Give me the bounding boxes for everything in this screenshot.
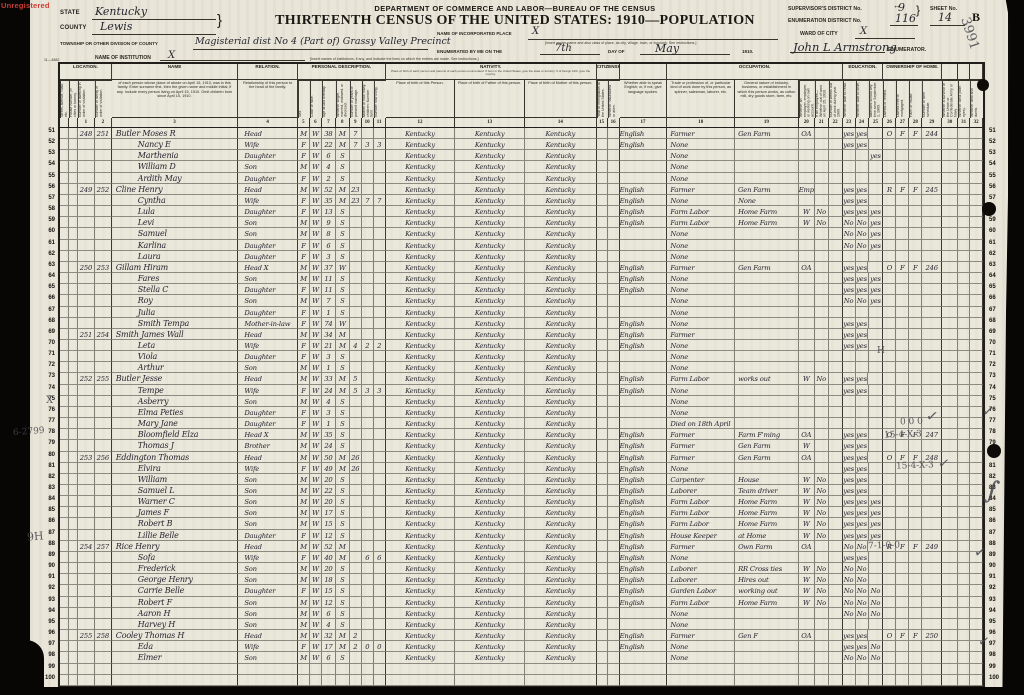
cell-hn: [69, 307, 78, 318]
cell-cb: [362, 563, 374, 574]
cell-sex: M: [298, 608, 310, 619]
cell-pbm: Kentucky: [525, 184, 597, 195]
cell-wr: yes: [856, 340, 869, 351]
header-group-occupation: OCCUPATION.: [667, 64, 842, 80]
cell-ind: Gen Farm: [735, 262, 799, 273]
cell-fam: [95, 563, 112, 574]
cell-st: [60, 552, 69, 563]
cell-fam: [95, 217, 112, 228]
cell-age: 35: [322, 429, 336, 440]
cell-yrs: [350, 474, 362, 485]
cell-pob: Kentucky: [386, 340, 456, 351]
cell-df: [970, 318, 983, 329]
column-number-ind: 19: [735, 118, 799, 128]
column-header-imm: Year of immigration to the United States…: [597, 80, 608, 118]
cell-sex: F: [298, 206, 310, 217]
cell-cb: [362, 619, 374, 630]
cell-hn: [69, 619, 78, 630]
cell-cb: [362, 485, 374, 496]
cell-own: [883, 318, 896, 329]
cell-bl: [958, 318, 970, 329]
cell-imm: [597, 228, 608, 239]
cell-fh: [909, 518, 922, 529]
cell-wr: yes: [856, 440, 869, 451]
cell-col: W: [310, 318, 322, 329]
cell-hn: [69, 206, 78, 217]
cell-name: Lillie Belle: [112, 530, 239, 541]
cell-cl: [374, 396, 386, 407]
cell-fh: F: [909, 128, 922, 139]
cell-fam: [95, 652, 112, 663]
cell-occ: Farmer: [667, 452, 735, 463]
cell-rd: No: [843, 597, 856, 608]
cell-ind: [735, 161, 799, 172]
cell-fh: [909, 273, 922, 284]
cell-own: [883, 240, 896, 251]
cell-ind: Home Farm: [735, 217, 799, 228]
cell-ow: [815, 429, 829, 440]
cell-pbf: Kentucky: [455, 307, 525, 318]
cell-wr: No: [856, 574, 869, 585]
cell-own: [883, 329, 896, 340]
cell-sch: [869, 195, 884, 206]
cell-ind: Farm F'ming: [735, 429, 799, 440]
cell-sex: M: [298, 217, 310, 228]
column-number-pbf: 13: [455, 118, 525, 128]
cell-df: [970, 608, 983, 619]
cell-age: 20: [322, 496, 336, 507]
cell-name: Carrie Belle: [112, 585, 239, 596]
cell-age: 74: [322, 318, 336, 329]
cell-rd: yes: [843, 139, 856, 150]
cell-cls: [799, 407, 815, 418]
cell-yrs: [350, 675, 362, 686]
cell-col: W: [310, 195, 322, 206]
cell-imm: [597, 507, 608, 518]
cell-df: [970, 173, 983, 184]
cell-cl: [374, 652, 386, 663]
ward-rule: [855, 38, 915, 39]
cell-yrs: [350, 362, 362, 373]
cell-rd: [843, 418, 856, 429]
cell-bl: [958, 474, 970, 485]
cell-pob: Kentucky: [386, 139, 456, 150]
cell-wk: [829, 362, 843, 373]
cell-imm: [597, 563, 608, 574]
cell-fm: [896, 284, 909, 295]
cell-fh: [909, 217, 922, 228]
cell-ind: Gen Farm: [735, 452, 799, 463]
column-number-age: 7: [322, 118, 336, 128]
cell-sex: M: [298, 597, 310, 608]
cell-wk: [829, 675, 843, 686]
cell-imm: [597, 206, 608, 217]
cell-col: W: [310, 329, 322, 340]
cell-rel: Wife: [238, 552, 298, 563]
cell-sex: M: [298, 262, 310, 273]
cell-st: [60, 240, 69, 251]
cell-ow: No: [815, 563, 829, 574]
cell-own: [883, 295, 896, 306]
cell-sch: [869, 307, 884, 318]
census-row: ViolaDaughterFW3SKentuckyKentuckyKentuck…: [60, 351, 983, 362]
cell-cls: [799, 318, 815, 329]
cell-bl: [958, 173, 970, 184]
cell-pob: Kentucky: [386, 351, 456, 362]
cell-pbm: Kentucky: [525, 251, 597, 262]
cell-dw: [78, 652, 95, 663]
film-corner-bottom-left: [0, 640, 44, 695]
cell-pob: Kentucky: [386, 407, 456, 418]
cell-pbf: Kentucky: [455, 184, 525, 195]
cell-rel: Head X: [238, 262, 298, 273]
cell-name: Elma Peties: [112, 407, 239, 418]
cell-sch: [869, 139, 884, 150]
cell-ind: [735, 362, 799, 373]
cell-st: [60, 485, 69, 496]
cell-fh: [909, 396, 922, 407]
cell-pbf: [455, 664, 525, 675]
cell-sch: [868, 128, 883, 139]
line-number: 56: [989, 182, 1005, 193]
cell-cls: W: [799, 496, 815, 507]
cell-vet: [942, 295, 958, 306]
header-group-ownership-of-home: OWNERSHIP OF HOME.: [883, 64, 942, 80]
cell-fs: [922, 139, 942, 150]
cell-st: [60, 228, 69, 239]
cell-fm: [896, 351, 909, 362]
cell-cls: [799, 228, 815, 239]
column-number-eng: 17: [620, 118, 668, 128]
cell-df: [970, 351, 983, 362]
institution-rule: [160, 60, 305, 61]
column-number-yrs: 9: [350, 118, 362, 128]
cell-rd: yes: [843, 318, 856, 329]
cell-mar: [336, 675, 350, 686]
cell-fs: [922, 362, 942, 373]
cell-wk: [829, 407, 843, 418]
cell-wk: [829, 563, 843, 574]
cell-fs: 245: [922, 184, 942, 195]
cell-col: W: [310, 485, 322, 496]
cell-st: [60, 407, 69, 418]
column-number-ow: 21: [815, 118, 829, 128]
cell-occ: Farmer: [667, 630, 735, 641]
cell-cl: [374, 307, 386, 318]
enumerated-month: May: [655, 42, 679, 55]
cell-pbm: Kentucky: [525, 373, 597, 384]
cell-yrs: 26: [350, 452, 362, 463]
cell-dw: [78, 597, 95, 608]
census-row: 250253Gillam HiramHead XMW37WKentuckyKen…: [60, 262, 983, 273]
cell-hn: [69, 396, 78, 407]
line-number: 55: [989, 171, 1005, 182]
cell-sex: M: [298, 630, 310, 641]
column-number-own: 26: [883, 118, 896, 128]
cell-rd: yes: [843, 206, 856, 217]
cell-wr: yes: [856, 128, 869, 139]
cell-vet: [942, 574, 958, 585]
cell-fm: [896, 318, 909, 329]
cell-ind: working out: [735, 585, 799, 596]
cell-cl: [374, 206, 386, 217]
cell-col: W: [310, 597, 322, 608]
column-number-fam: 2: [95, 118, 112, 128]
cell-cb: 7: [362, 195, 374, 206]
cell-ow: [815, 552, 829, 563]
cell-wr: No: [856, 240, 869, 251]
cell-hn: [69, 507, 78, 518]
cell-sch: [869, 429, 884, 440]
cell-pob: Kentucky: [386, 228, 456, 239]
cell-rd: yes: [843, 507, 856, 518]
cell-pob: Kentucky: [386, 630, 456, 641]
cell-age: 6: [322, 652, 336, 663]
cell-eng: English: [620, 206, 668, 217]
cell-nat: [608, 139, 620, 150]
cell-fs: [922, 440, 942, 451]
cell-ind: [735, 619, 799, 630]
cell-ow: [815, 608, 829, 619]
column-header-cb: Mother of how many children: Number born…: [362, 80, 374, 118]
cell-dw: [78, 385, 95, 396]
cell-pbm: Kentucky: [525, 407, 597, 418]
census-row: LeviSonMW9SKentuckyKentuckyKentuckyEngli…: [60, 217, 983, 228]
cell-age: 22: [322, 139, 336, 150]
cell-fam: [95, 552, 112, 563]
cell-fam: [95, 295, 112, 306]
cell-rel: Head: [238, 630, 298, 641]
cell-bl: [958, 161, 970, 172]
cell-fam: [95, 608, 112, 619]
cell-imm: [597, 362, 608, 373]
cell-sch: [869, 396, 884, 407]
cell-cl: [374, 630, 386, 641]
cell-ind: Home Farm: [735, 518, 799, 529]
cell-cb: [362, 262, 374, 273]
cell-nat: [608, 228, 620, 239]
cell-cl: [374, 295, 386, 306]
cell-wk: [829, 351, 843, 362]
cell-pbf: Kentucky: [455, 574, 525, 585]
column-header-own: Owned or rented.: [883, 80, 896, 118]
cell-occ: [667, 675, 735, 686]
cell-occ: Farm Labor: [667, 373, 735, 384]
cell-pbf: Kentucky: [455, 362, 525, 373]
header-group-education: EDUCATION.: [843, 64, 884, 80]
cell-bl: [958, 329, 970, 340]
cell-sex: F: [298, 284, 310, 295]
cell-pob: Kentucky: [386, 150, 456, 161]
cell-rel: Head: [238, 329, 298, 340]
cell-ow: No: [815, 507, 829, 518]
cell-mar: S: [336, 496, 350, 507]
cell-name: Robert F: [112, 597, 239, 608]
pencil-note: 7-1-0-0: [868, 540, 900, 551]
cell-own: [883, 440, 896, 451]
cell-pbm: Kentucky: [525, 463, 597, 474]
cell-pbf: Kentucky: [455, 262, 525, 273]
column-number-col: 6: [310, 118, 322, 128]
column-header-fm: Owned free or mortgaged.: [896, 80, 909, 118]
cell-nat: [608, 552, 620, 563]
census-row: RoySonMW7SKentuckyKentuckyKentuckyNoneNo…: [60, 295, 983, 306]
column-number-vet: 30: [942, 118, 958, 128]
cell-cl: [374, 418, 386, 429]
column-header-fs: Number of farm schedule.: [922, 80, 942, 118]
cell-ow: [815, 652, 829, 663]
cell-st: [60, 574, 69, 585]
cell-yrs: [350, 496, 362, 507]
cell-st: [60, 563, 69, 574]
cell-st: [60, 652, 69, 663]
cell-nat: [608, 385, 620, 396]
line-number: 76: [38, 405, 55, 416]
pencil-check: ✓: [977, 633, 991, 650]
cell-sch: [869, 552, 884, 563]
cell-hn: [69, 608, 78, 619]
cell-st: [60, 195, 69, 206]
cell-df: [970, 240, 983, 251]
cell-hn: [69, 440, 78, 451]
cell-eng: English: [620, 552, 668, 563]
cell-df: [970, 385, 983, 396]
cell-dw: [78, 675, 95, 686]
cell-pob: Kentucky: [386, 206, 456, 217]
cell-sex: M: [298, 485, 310, 496]
cell-dw: [78, 206, 95, 217]
incorporated-label: NAME OF INCORPORATED PLACE: [437, 31, 512, 36]
cell-ind: None: [735, 195, 799, 206]
cell-rd: No: [843, 240, 856, 251]
cell-pbm: Kentucky: [525, 139, 597, 150]
cell-age: 8: [322, 228, 336, 239]
cell-rd: yes: [843, 440, 856, 451]
cell-rel: Head: [238, 128, 298, 139]
header-group-blank: [942, 64, 958, 80]
cell-eng: English: [620, 429, 668, 440]
cell-col: W: [310, 262, 322, 273]
cell-fam: [95, 597, 112, 608]
cell-age: 33: [322, 373, 336, 384]
cell-fh: [909, 664, 922, 675]
cell-imm: [597, 407, 608, 418]
cell-own: [883, 284, 896, 295]
cell-name: Rice Henry: [112, 541, 238, 552]
census-row: Ardith MayDaughterFW2SKentuckyKentuckyKe…: [60, 173, 983, 184]
cell-ow: [815, 630, 829, 641]
cell-pbm: Kentucky: [525, 262, 597, 273]
cell-occ: None: [667, 228, 735, 239]
cell-mar: M: [336, 452, 350, 463]
cell-bl: [958, 340, 970, 351]
cell-imm: [597, 440, 608, 451]
cell-cl: [374, 452, 386, 463]
cell-col: W: [310, 440, 322, 451]
cell-pob: Kentucky: [386, 251, 456, 262]
cell-own: [883, 608, 896, 619]
cell-bl: [958, 463, 970, 474]
cell-cl: [374, 373, 386, 384]
column-number-wr: 24: [856, 118, 869, 128]
cell-pob: Kentucky: [386, 362, 456, 373]
cell-occ: Garden Labor: [667, 585, 735, 596]
cell-vet: [942, 396, 958, 407]
cell-pbm: Kentucky: [525, 474, 597, 485]
cell-vet: [942, 385, 958, 396]
cell-pob: Kentucky: [386, 440, 456, 451]
cell-nat: [608, 518, 620, 529]
cell-dw: [78, 619, 95, 630]
cell-name: George Henry: [112, 574, 239, 585]
cell-imm: [597, 307, 608, 318]
census-row: KarlinaDaughterFW6SKentuckyKentuckyKentu…: [60, 240, 983, 251]
cell-cls: [799, 139, 815, 150]
cell-bl: [958, 128, 970, 139]
cell-wr: No: [856, 608, 869, 619]
cell-age: 1: [322, 362, 336, 373]
line-number: 55: [38, 171, 55, 182]
cell-fs: [922, 396, 942, 407]
cell-eng: English: [620, 373, 668, 384]
cell-wr: yes: [856, 518, 869, 529]
cell-fm: [896, 362, 909, 373]
cell-cls: [799, 552, 815, 563]
cell-yrs: [350, 585, 362, 596]
cell-hn: [69, 641, 78, 652]
cell-col: W: [310, 630, 322, 641]
cell-pbm: Kentucky: [525, 585, 597, 596]
cell-df: [970, 530, 983, 541]
cell-rel: Head X: [238, 429, 298, 440]
cell-vet: [942, 507, 958, 518]
cell-fh: [909, 373, 922, 384]
cell-nat: [608, 273, 620, 284]
cell-st: [60, 273, 69, 284]
cell-occ: Farm Labor: [667, 206, 735, 217]
cell-occ: Farmer: [667, 541, 735, 552]
cell-eng: [620, 295, 668, 306]
cell-col: W: [310, 541, 322, 552]
cell-col: W: [310, 474, 322, 485]
cell-mar: S: [336, 251, 350, 262]
column-header-hn: House number (in cities or towns).: [69, 80, 78, 118]
cell-fs: [922, 597, 942, 608]
cell-occ: None: [667, 318, 735, 329]
line-number: 60: [38, 226, 55, 237]
cell-wk: [829, 452, 843, 463]
cell-cb: [362, 652, 374, 663]
cell-ow: No: [815, 474, 829, 485]
cell-col: W: [310, 362, 322, 373]
cell-rd: yes: [843, 474, 856, 485]
cell-fh: [909, 240, 922, 251]
cell-imm: [597, 173, 608, 184]
cell-dw: [78, 552, 95, 563]
cell-wk: [829, 284, 843, 295]
cell-ind: [735, 552, 799, 563]
cell-vet: [942, 407, 958, 418]
cell-fam: [95, 307, 112, 318]
cell-fs: 249: [922, 541, 942, 552]
cell-mar: S: [336, 240, 350, 251]
cell-hn: [69, 541, 78, 552]
census-row: Elma PetiesDaughterFW3SKentuckyKentuckyK…: [60, 407, 983, 418]
cell-own: [883, 585, 896, 596]
cell-st: [60, 161, 69, 172]
cell-imm: [597, 150, 608, 161]
cell-ow: [815, 463, 829, 474]
